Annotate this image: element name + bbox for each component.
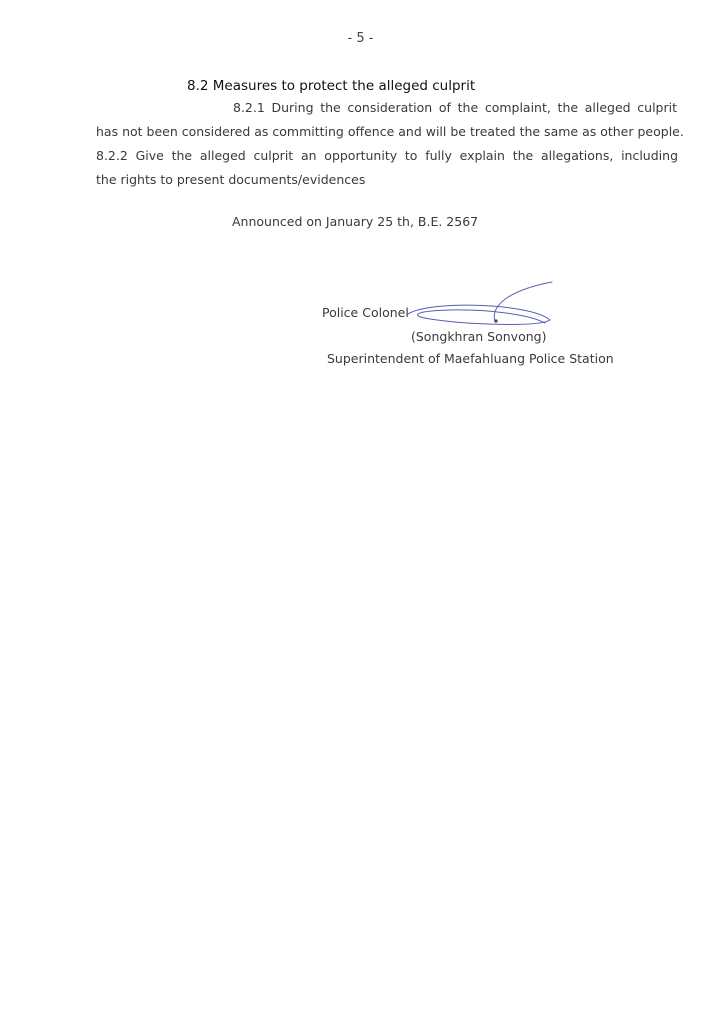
page-number: - 5 - — [0, 31, 721, 46]
announcement-date: Announced on January 25 th, B.E. 2567 — [232, 214, 478, 229]
signatory-name: (Songkhran Sonvong) — [411, 329, 546, 344]
signatory-rank: Police Colonel — [322, 305, 409, 320]
section-heading: 8.2 Measures to protect the alleged culp… — [187, 78, 475, 94]
paragraph-line-1: 8.2.1 During the consideration of the co… — [233, 100, 677, 115]
signatory-title: Superintendent of Maefahluang Police Sta… — [327, 351, 614, 366]
handwritten-signature — [390, 275, 565, 335]
paragraph-line-4: the rights to present documents/evidence… — [96, 172, 365, 187]
paragraph-line-2: has not been considered as committing of… — [96, 124, 678, 139]
paragraph-line-3: 8.2.2 Give the alleged culprit an opport… — [96, 148, 678, 163]
